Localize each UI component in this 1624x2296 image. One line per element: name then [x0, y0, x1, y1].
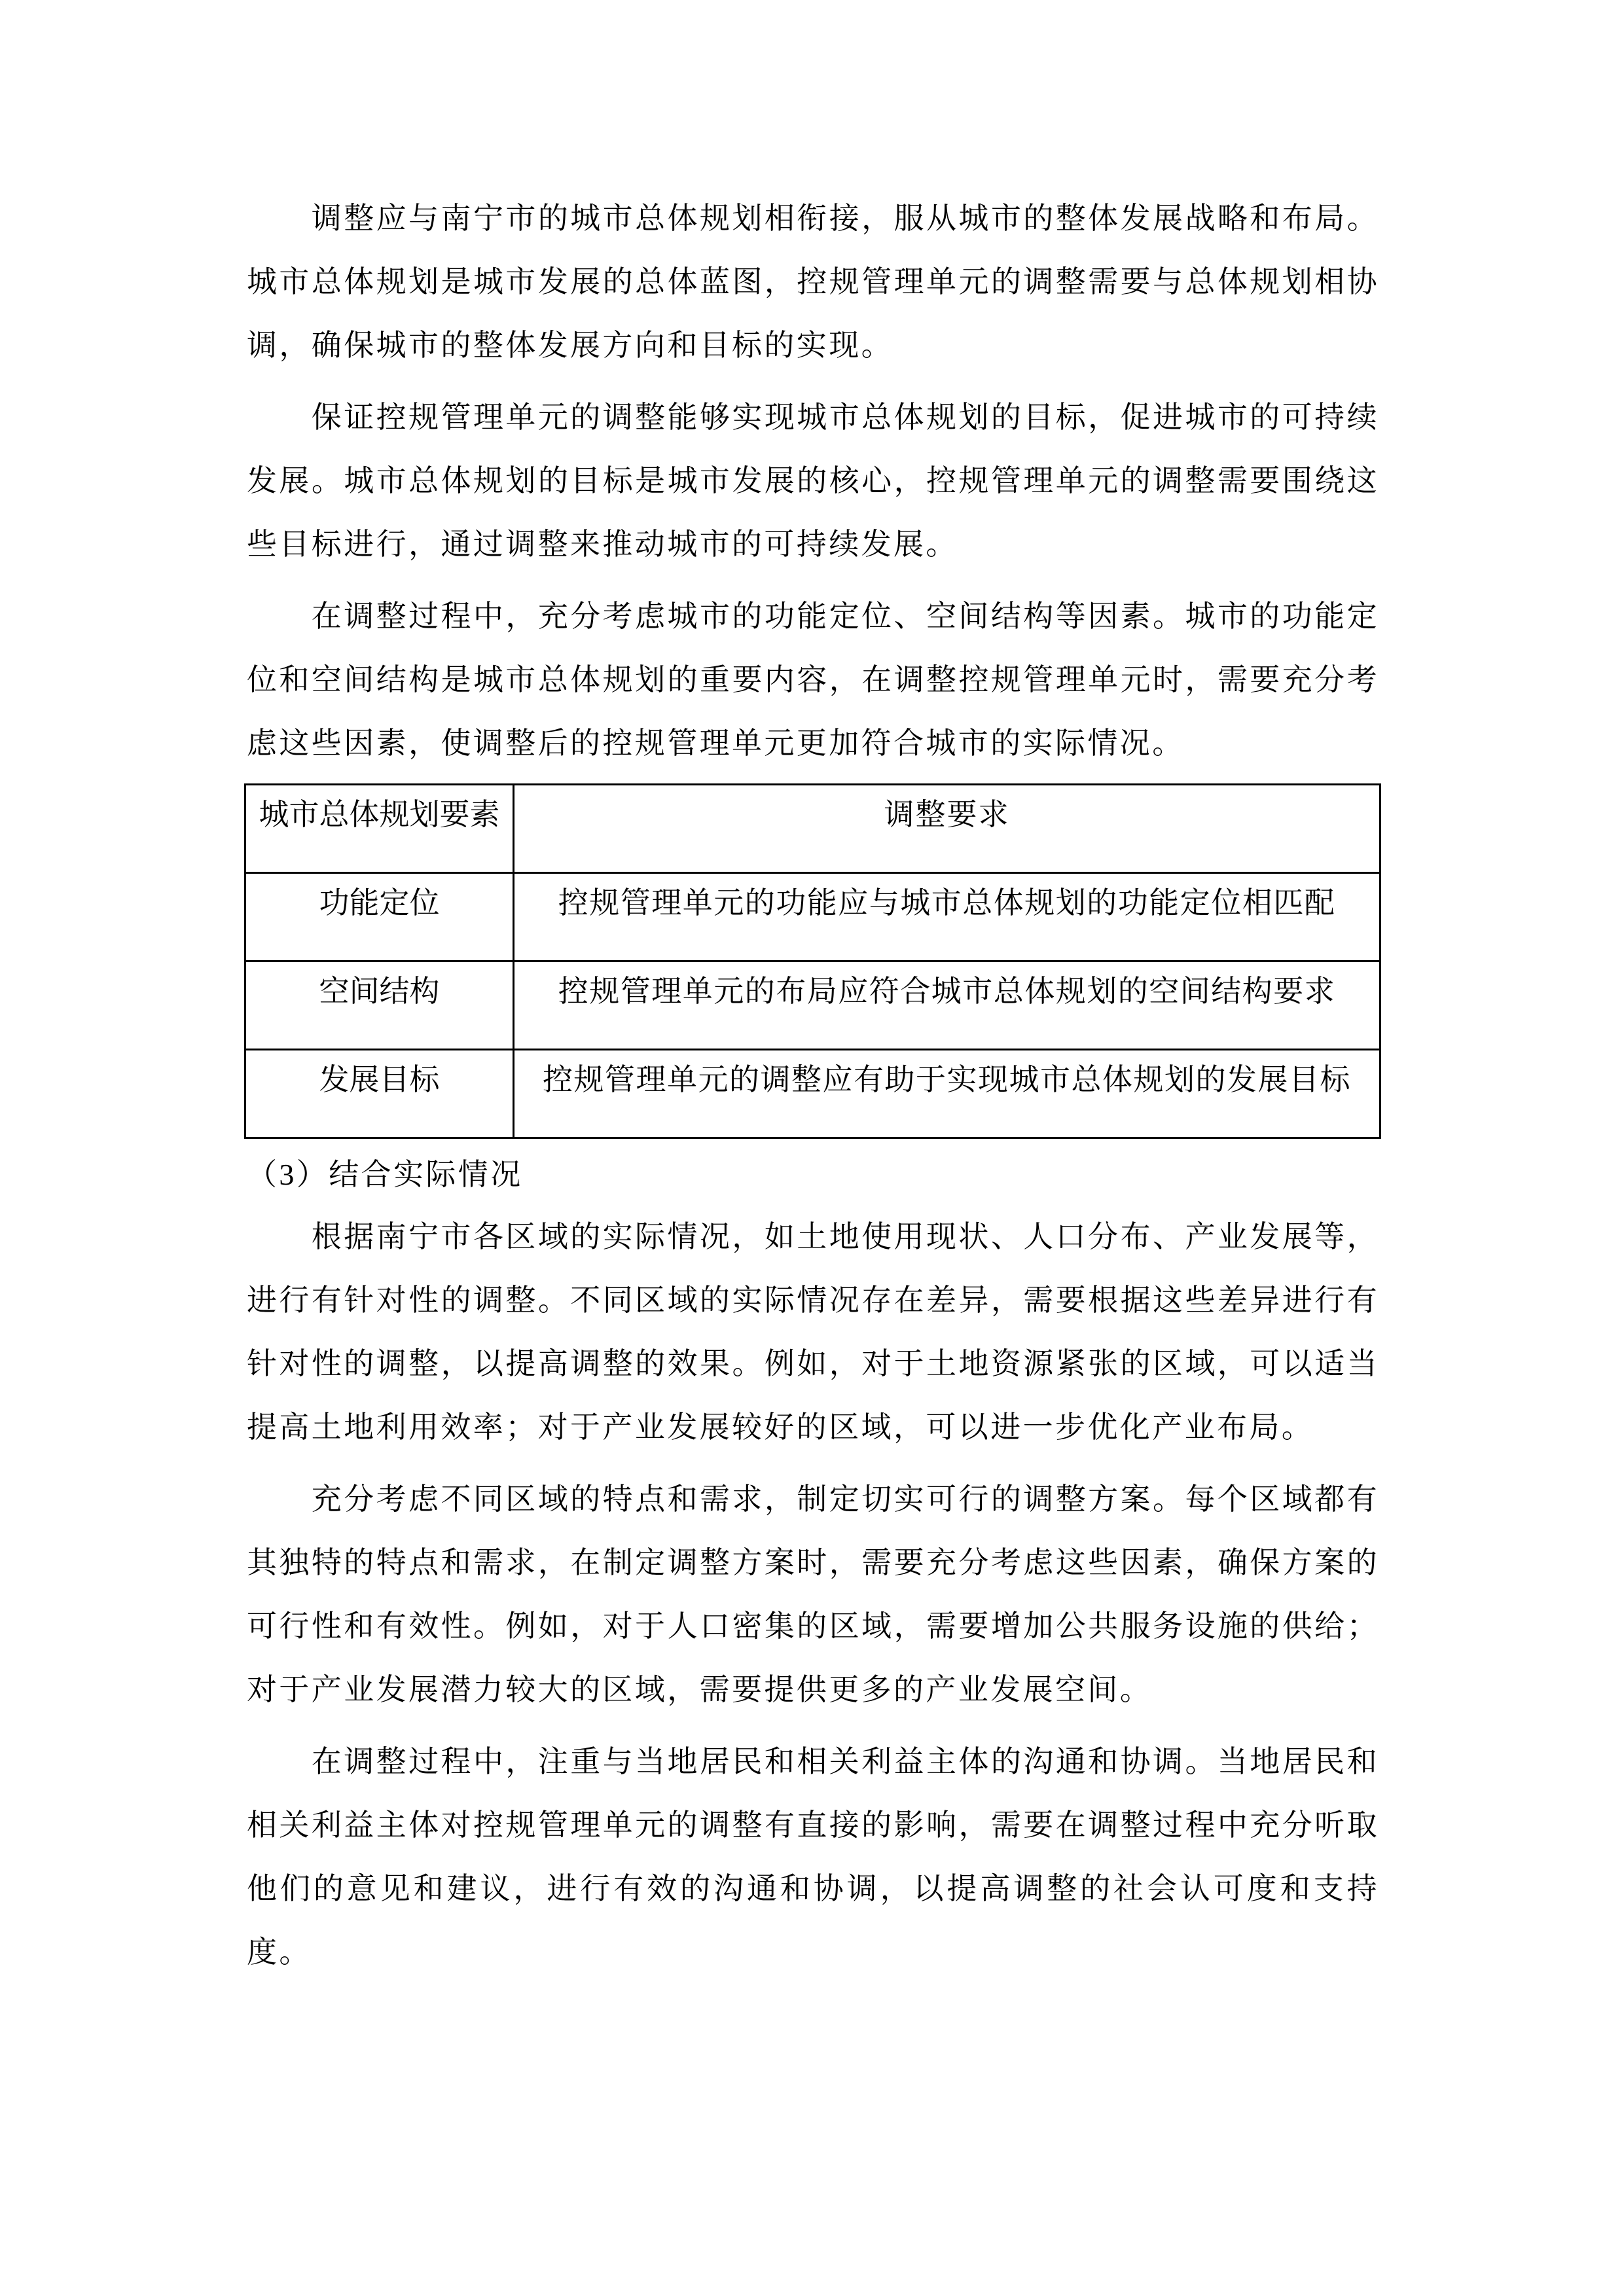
paragraph-achieve-master-plan-goals: 保证控规管理单元的调整能够实现城市总体规划的目标，促进城市的可持续发展。城市总体…	[247, 386, 1379, 576]
table-row: 发展目标 控规管理单元的调整应有助于实现城市总体规划的发展目标	[245, 1050, 1380, 1138]
master-plan-requirements-table: 城市总体规划要素 调整要求 功能定位 控规管理单元的功能应与城市总体规划的功能定…	[244, 783, 1381, 1139]
table-cell-element: 空间结构	[245, 961, 514, 1050]
table-header-row: 城市总体规划要素 调整要求	[245, 785, 1380, 873]
table-cell-element: 功能定位	[245, 873, 514, 961]
table-row: 功能定位 控规管理单元的功能应与城市总体规划的功能定位相匹配	[245, 873, 1380, 961]
requirements-table-wrapper: 城市总体规划要素 调整要求 功能定位 控规管理单元的功能应与城市总体规划的功能定…	[244, 783, 1379, 1139]
document-page: 调整应与南宁市的城市总体规划相衔接，服从城市的整体发展战略和布局。城市总体规划是…	[247, 187, 1379, 1992]
section-heading: （3）结合实际情况	[247, 1145, 1379, 1205]
table-cell-requirement: 控规管理单元的功能应与城市总体规划的功能定位相匹配	[514, 873, 1380, 961]
table-cell-requirement: 控规管理单元的调整应有助于实现城市总体规划的发展目标	[514, 1050, 1380, 1138]
table-header-requirement: 调整要求	[514, 785, 1380, 873]
paragraph-regional-characteristics: 充分考虑不同区域的特点和需求，制定切实可行的调整方案。每个区域都有其独特的特点和…	[247, 1467, 1379, 1721]
table-cell-element: 发展目标	[245, 1050, 514, 1138]
paragraph-regional-conditions: 根据南宁市各区域的实际情况，如土地使用现状、人口分布、产业发展等，进行有针对性的…	[247, 1205, 1379, 1459]
paragraph-stakeholder-communication: 在调整过程中，注重与当地居民和相关利益主体的沟通和协调。当地居民和相关利益主体对…	[247, 1730, 1379, 1984]
table-row: 空间结构 控规管理单元的布局应符合城市总体规划的空间结构要求	[245, 961, 1380, 1050]
table-header-element: 城市总体规划要素	[245, 785, 514, 873]
table-cell-requirement: 控规管理单元的布局应符合城市总体规划的空间结构要求	[514, 961, 1380, 1050]
paragraph-alignment-with-master-plan: 调整应与南宁市的城市总体规划相衔接，服从城市的整体发展战略和布局。城市总体规划是…	[247, 187, 1379, 377]
paragraph-function-and-spatial-structure: 在调整过程中，充分考虑城市的功能定位、空间结构等因素。城市的功能定位和空间结构是…	[247, 584, 1379, 775]
